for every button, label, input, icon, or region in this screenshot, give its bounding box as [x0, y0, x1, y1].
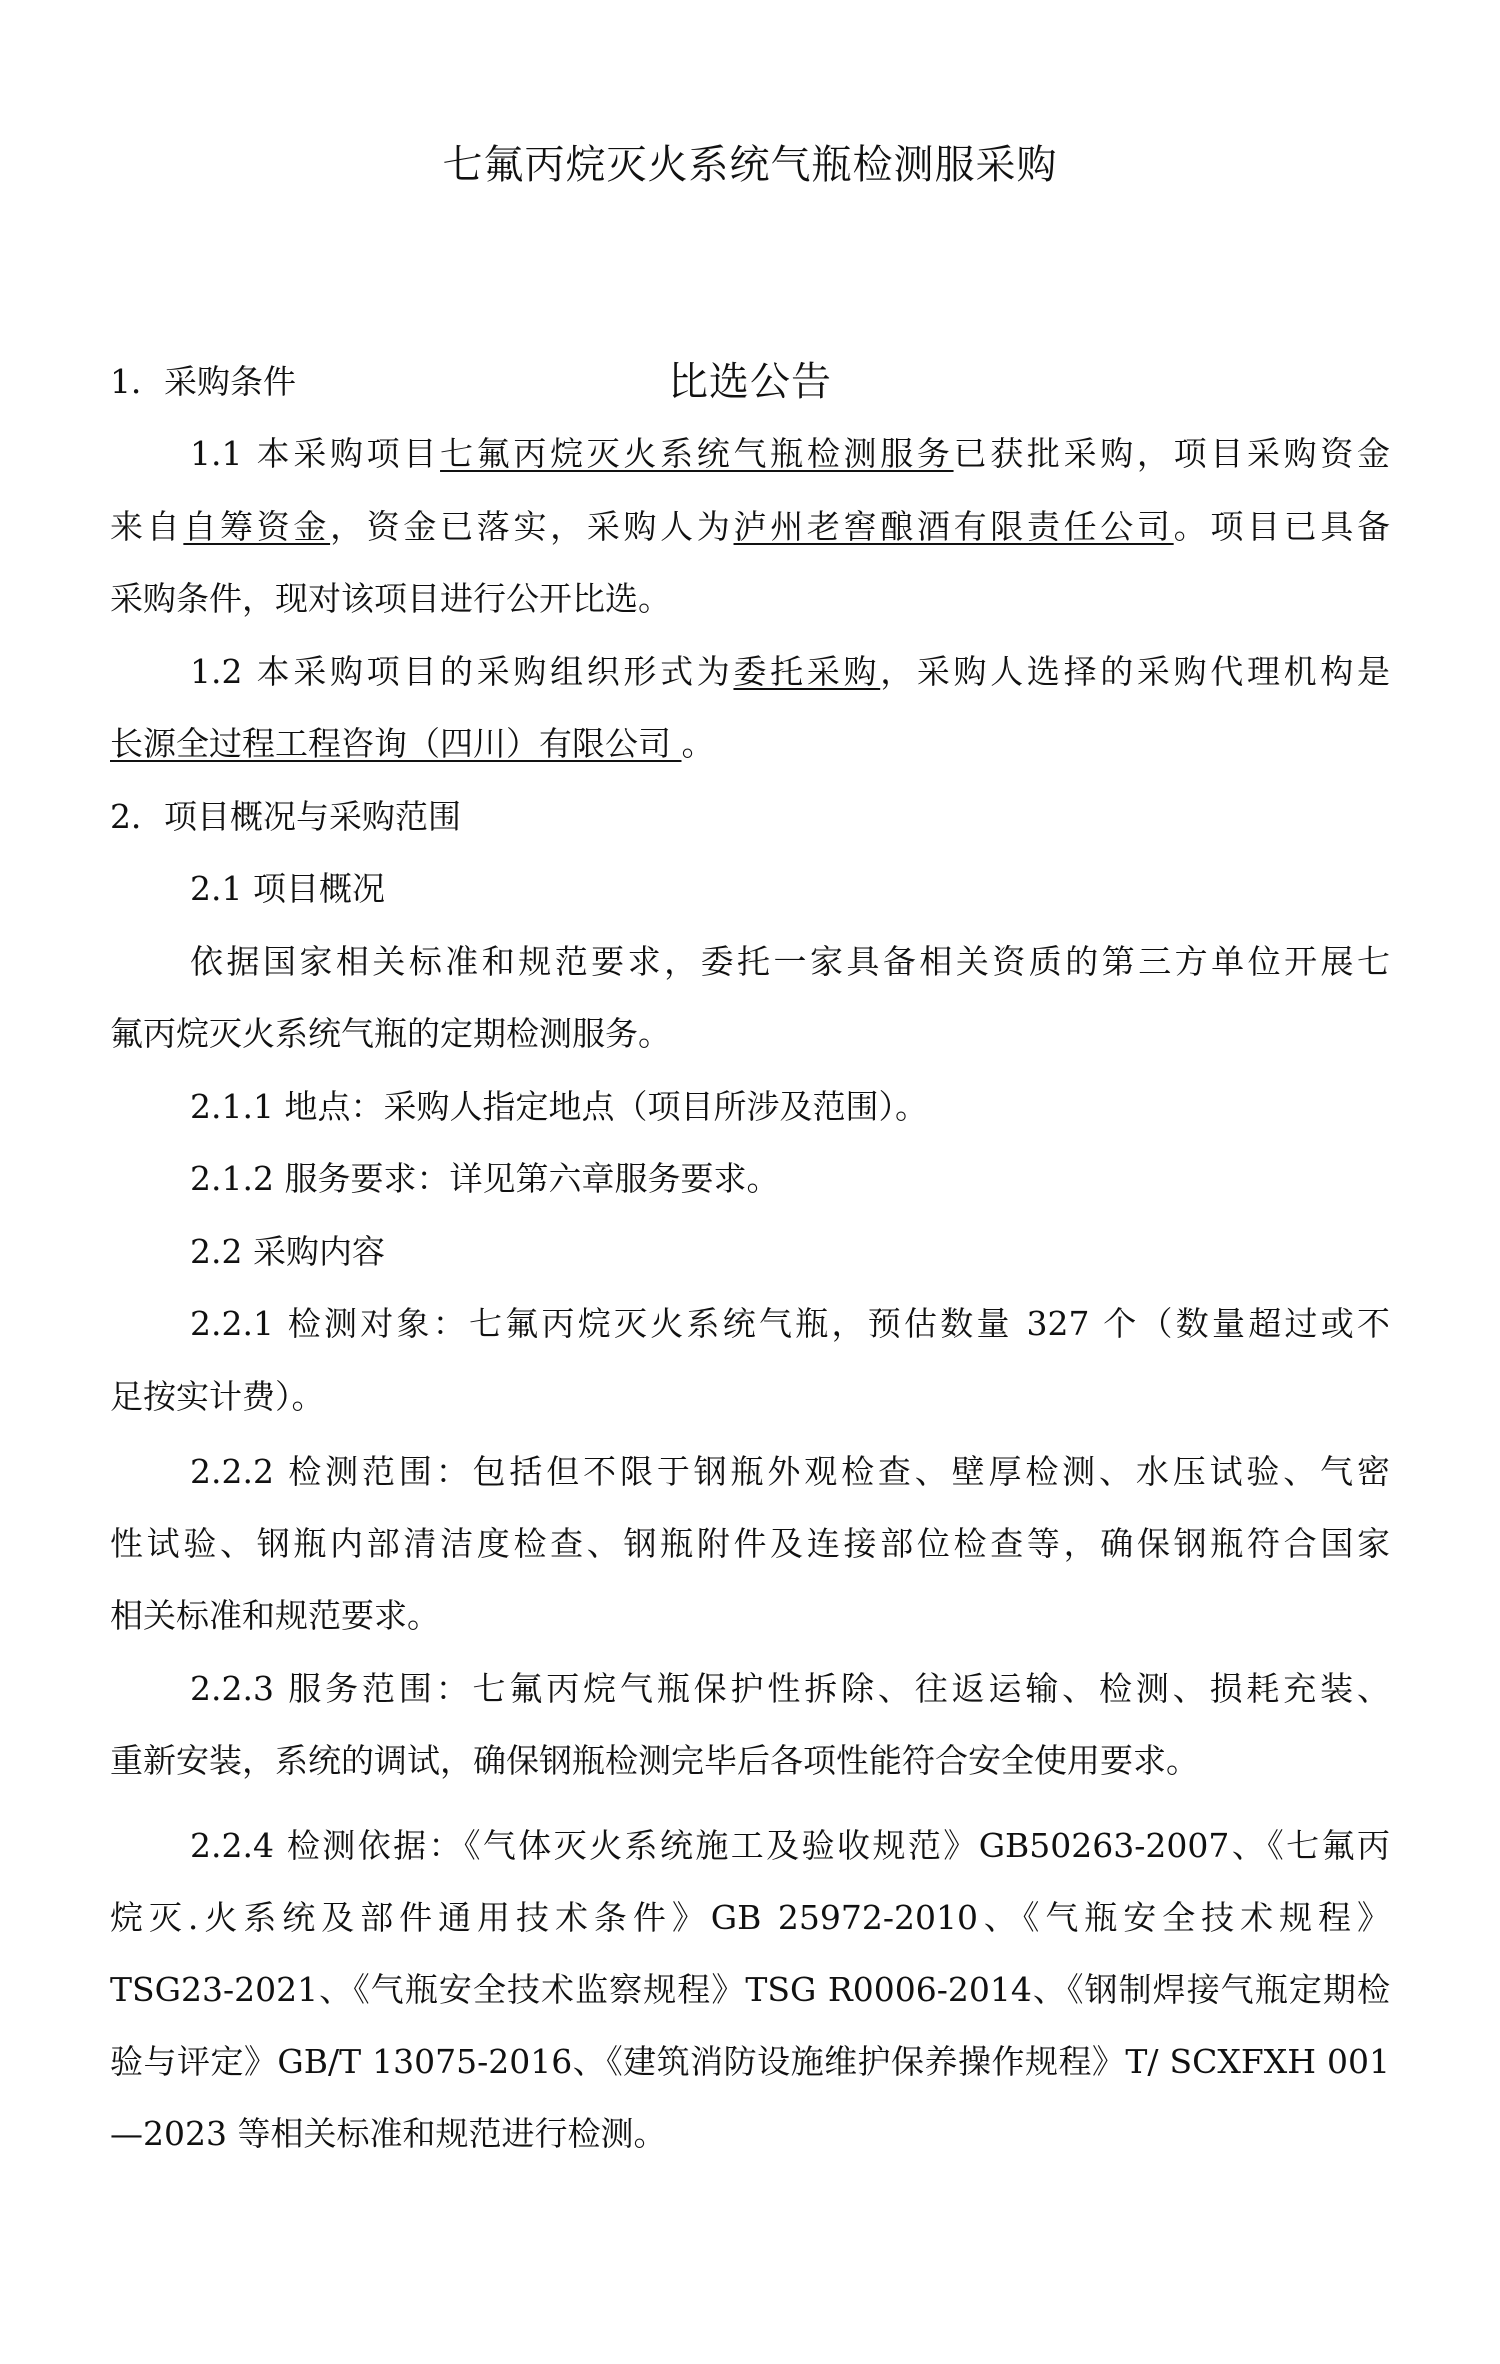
item-2-2-3-line-1: 2.2.3 服务范围：七氟丙烷气瓶保护性拆除、往返运输、检测、损耗充装、 [190, 1667, 1390, 1711]
paragraph-1-1-line-2: 来自自筹资金，资金已落实，采购人为泸州老窖酿酒有限责任公司。项目已具备 [110, 505, 1390, 549]
item-2-2-3-line-2: 重新安装，系统的调试，确保钢瓶检测完毕后各项性能符合安全使用要求。 [110, 1739, 1390, 1783]
funding-source-underlined: 自筹资金 [183, 507, 330, 546]
paragraph-1-1-line-1: 1.1 本采购项目七氟丙烷灭火系统气瓶检测服务已获批采购，项目采购资金 [190, 432, 1390, 476]
text: 1.1 本采购项目 [190, 434, 440, 473]
text: 1.2 本采购项目的采购组织形式为 [190, 652, 733, 691]
item-2-2-1-line-1: 2.2.1 检测对象：七氟丙烷灭火系统气瓶，预估数量 327 个（数量超过或不 [190, 1302, 1390, 1346]
item-2-2-2-line-1: 2.2.2 检测范围：包括但不限于钢瓶外观检查、壁厚检测、水压试验、气密 [190, 1450, 1390, 1494]
text: 已获批采购，项目采购资金 [954, 434, 1390, 473]
item-2-2-4-line-5: —2023 等相关标准和规范进行检测。 [110, 2112, 1390, 2156]
item-2-2-4-line-4: 验与评定》GB/T 13075-2016、《建筑消防设施维护保养操作规程》T/ … [110, 2040, 1390, 2084]
text: ，资金已落实，采购人为 [330, 507, 733, 546]
section-2-heading: 2．项目概况与采购范围 [110, 795, 1390, 839]
section-2-1-heading: 2.1 项目概况 [190, 867, 1390, 911]
paragraph-1-1-line-3: 采购条件，现对该项目进行公开比选。 [110, 577, 1390, 621]
item-2-2-4-line-3: TSG23-2021、《气瓶安全技术监察规程》TSG R0006-2014、《钢… [110, 1968, 1390, 2012]
project-name-underlined: 七氟丙烷灭火系统气瓶检测服务 [440, 434, 954, 473]
text: 来自 [110, 507, 183, 546]
text: 。项目已具备 [1174, 507, 1390, 546]
document-title: 七氟丙烷灭火系统气瓶检测服采购 [0, 141, 1500, 189]
procurement-form-underlined: 委托采购 [733, 652, 880, 691]
purchaser-underlined: 泸州老窖酿酒有限责任公司 [734, 507, 1174, 546]
item-2-2-2-line-2: 性试验、钢瓶内部清洁度检查、钢瓶附件及连接部位检查等，确保钢瓶符合国家 [110, 1522, 1390, 1566]
text: ，采购人选择的采购代理机构是 [880, 652, 1390, 691]
item-2-2-4-line-2: 烷灭.火系统及部件通用技术条件》GB 25972-2010、《气瓶安全技术规程》 [110, 1896, 1390, 1940]
item-2-2-1-line-2: 足按实计费）。 [110, 1375, 1390, 1419]
section-2-1-paragraph-line-2: 氟丙烷灭火系统气瓶的定期检测服务。 [110, 1012, 1390, 1056]
agency-underlined: 长源全过程工程咨询（四川）有限公司 [110, 724, 682, 763]
section-2-2-heading: 2.2 采购内容 [190, 1230, 1390, 1274]
item-2-1-1: 2.1.1 地点：采购人指定地点（项目所涉及范围）。 [190, 1085, 1390, 1129]
paragraph-1-2-line-2: 长源全过程工程咨询（四川）有限公司 。 [110, 722, 1390, 766]
section-2-1-paragraph-line-1: 依据国家相关标准和规范要求，委托一家具备相关资质的第三方单位开展七 [190, 940, 1390, 984]
text: 。 [682, 724, 715, 763]
item-2-1-2: 2.1.2 服务要求：详见第六章服务要求。 [190, 1157, 1390, 1201]
section-1-heading: 1．采购条件 [110, 360, 1390, 404]
paragraph-1-2-line-1: 1.2 本采购项目的采购组织形式为委托采购，采购人选择的采购代理机构是 [190, 650, 1390, 694]
item-2-2-2-line-3: 相关标准和规范要求。 [110, 1594, 1390, 1638]
item-2-2-4-line-1: 2.2.4 检测依据：《气体灭火系统施工及验收规范》GB50263-2007、《… [190, 1824, 1390, 1868]
document-page: 七氟丙烷灭火系统气瓶检测服采购 比选公告 1．采购条件 1.1 本采购项目七氟丙… [0, 0, 1500, 2364]
